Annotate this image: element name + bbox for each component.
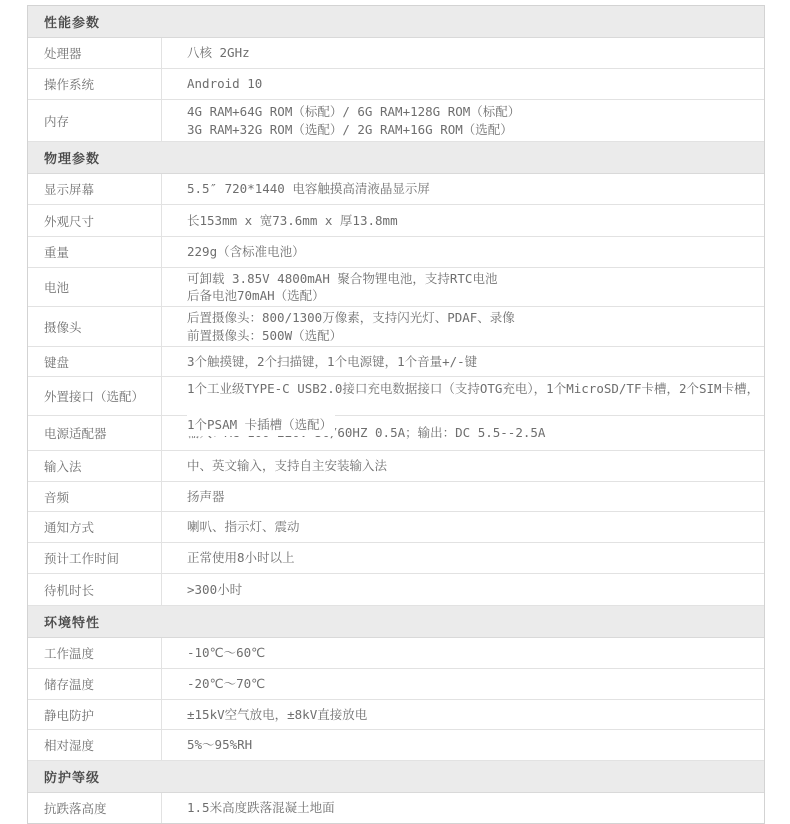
spec-value: 长153mm x 宽73.6mm x 厚13.8mm	[162, 205, 764, 236]
spec-value-line: 长153mm x 宽73.6mm x 厚13.8mm	[187, 212, 764, 230]
section-header: 物理参数	[28, 142, 764, 174]
spec-label: 音频	[28, 482, 162, 511]
spec-value-line: 前置摄像头：500W（选配）	[187, 327, 764, 345]
spec-label: 工作温度	[28, 638, 162, 668]
spec-value-line: -10℃～60℃	[187, 644, 764, 662]
spec-value-line: 可卸载 3.85V 4800mAH 聚合物锂电池，支持RTC电池	[187, 270, 764, 288]
spec-row: 内存4G RAM+64G ROM（标配）/ 6G RAM+128G ROM（标配…	[28, 100, 764, 142]
spec-label: 外置接口（选配）	[28, 377, 162, 415]
spec-row: 工作温度-10℃～60℃	[28, 638, 764, 669]
spec-value: 扬声器	[162, 482, 764, 511]
spec-value: 5%～95%RH	[162, 730, 764, 760]
spec-label: 键盘	[28, 347, 162, 376]
spec-value-line: 后备电池70mAH（选配）	[187, 287, 764, 305]
spec-value: ±15kV空气放电，±8kV直接放电	[162, 700, 764, 729]
spec-value: -20℃～70℃	[162, 669, 764, 699]
spec-value: 1个工业级TYPE-C USB2.0接口充电数据接口（支持OTG充电），1个Mi…	[162, 377, 764, 415]
spec-label: 内存	[28, 100, 162, 141]
spec-value-line: 八核 2GHz	[187, 44, 764, 62]
spec-value-line: 中、英文输入，支持自主安装输入法	[187, 457, 764, 475]
spec-value: Android 10	[162, 69, 764, 99]
spec-label: 抗跌落高度	[28, 793, 162, 823]
spec-label: 操作系统	[28, 69, 162, 99]
spec-row: 电池可卸载 3.85V 4800mAH 聚合物锂电池，支持RTC电池后备电池70…	[28, 268, 764, 307]
spec-row: 储存温度-20℃～70℃	[28, 669, 764, 700]
spec-label: 输入法	[28, 451, 162, 481]
spec-row: 外置接口（选配）1个工业级TYPE-C USB2.0接口充电数据接口（支持OTG…	[28, 377, 764, 416]
spec-value: 中、英文输入，支持自主安装输入法	[162, 451, 764, 481]
spec-value-line: 4G RAM+64G ROM（标配）/ 6G RAM+128G ROM（标配）	[187, 103, 764, 121]
spec-value: -10℃～60℃	[162, 638, 764, 668]
spec-row: 待机时长>300小时	[28, 574, 764, 606]
spec-value-line: >300小时	[187, 581, 764, 599]
spec-value: 5.5″ 720*1440 电容触摸高清液晶显示屏	[162, 174, 764, 204]
spec-label: 处理器	[28, 38, 162, 68]
spec-value-line: 229g（含标准电池）	[187, 243, 764, 261]
spec-row: 显示屏幕5.5″ 720*1440 电容触摸高清液晶显示屏	[28, 174, 764, 205]
spec-value-line: 正常使用8小时以上	[187, 549, 764, 567]
spec-value-line: Android 10	[187, 75, 764, 93]
spec-row: 外观尺寸长153mm x 宽73.6mm x 厚13.8mm	[28, 205, 764, 237]
spec-row: 静电防护±15kV空气放电，±8kV直接放电	[28, 700, 764, 730]
spec-value-overflow-line: 1个PSAM 卡插槽（选配）	[187, 414, 335, 436]
spec-row: 键盘3个触摸键，2个扫描键，1个电源键，1个音量+/-键	[28, 347, 764, 377]
spec-value: >300小时	[162, 574, 764, 605]
spec-label: 重量	[28, 237, 162, 267]
spec-label: 静电防护	[28, 700, 162, 729]
spec-row: 抗跌落高度1.5米高度跌落混凝土地面	[28, 793, 764, 823]
spec-label: 待机时长	[28, 574, 162, 605]
spec-row: 摄像头后置摄像头：800/1300万像素，支持闪光灯、PDAF、录像前置摄像头：…	[28, 307, 764, 347]
spec-value: 229g（含标准电池）	[162, 237, 764, 267]
spec-label: 电源适配器	[28, 416, 162, 450]
spec-value: 1.5米高度跌落混凝土地面	[162, 793, 764, 823]
spec-value-line: 1个工业级TYPE-C USB2.0接口充电数据接口（支持OTG充电），1个Mi…	[187, 380, 764, 398]
spec-label: 显示屏幕	[28, 174, 162, 204]
spec-value-line: 1.5米高度跌落混凝土地面	[187, 799, 764, 817]
spec-label: 储存温度	[28, 669, 162, 699]
spec-value-line: ±15kV空气放电，±8kV直接放电	[187, 706, 764, 724]
spec-row: 相对湿度5%～95%RH	[28, 730, 764, 761]
section-header: 性能参数	[28, 6, 764, 38]
spec-row: 处理器八核 2GHz	[28, 38, 764, 69]
spec-value-line: 3G RAM+32G ROM（选配）/ 2G RAM+16G ROM（选配）	[187, 121, 764, 139]
spec-label: 摄像头	[28, 307, 162, 346]
spec-value: 3个触摸键，2个扫描键，1个电源键，1个音量+/-键	[162, 347, 764, 376]
spec-label: 外观尺寸	[28, 205, 162, 236]
spec-value: 喇叭、指示灯、震动	[162, 512, 764, 542]
specification-table: 性能参数处理器八核 2GHz操作系统Android 10内存4G RAM+64G…	[27, 5, 765, 824]
spec-row: 音频扬声器	[28, 482, 764, 512]
section-header: 防护等级	[28, 761, 764, 793]
spec-value-line: 后置摄像头：800/1300万像素，支持闪光灯、PDAF、录像	[187, 309, 764, 327]
spec-row: 通知方式喇叭、指示灯、震动	[28, 512, 764, 543]
spec-value-line: -20℃～70℃	[187, 675, 764, 693]
spec-value-line: 3个触摸键，2个扫描键，1个电源键，1个音量+/-键	[187, 353, 764, 371]
spec-value-line: 5%～95%RH	[187, 736, 764, 754]
spec-label: 通知方式	[28, 512, 162, 542]
spec-value: 可卸载 3.85V 4800mAH 聚合物锂电池，支持RTC电池后备电池70mA…	[162, 268, 764, 306]
spec-value: 正常使用8小时以上	[162, 543, 764, 573]
spec-value-line: 扬声器	[187, 488, 764, 506]
spec-row: 操作系统Android 10	[28, 69, 764, 100]
spec-value-line: 喇叭、指示灯、震动	[187, 518, 764, 536]
spec-label: 相对湿度	[28, 730, 162, 760]
spec-label: 预计工作时间	[28, 543, 162, 573]
spec-label: 电池	[28, 268, 162, 306]
section-header: 环境特性	[28, 606, 764, 638]
spec-row: 预计工作时间正常使用8小时以上	[28, 543, 764, 574]
spec-value: 4G RAM+64G ROM（标配）/ 6G RAM+128G ROM（标配）3…	[162, 100, 764, 141]
spec-row: 输入法中、英文输入，支持自主安装输入法	[28, 451, 764, 482]
spec-value: 八核 2GHz	[162, 38, 764, 68]
spec-row: 重量229g（含标准电池）	[28, 237, 764, 268]
spec-value-line: 5.5″ 720*1440 电容触摸高清液晶显示屏	[187, 180, 764, 198]
spec-value: 后置摄像头：800/1300万像素，支持闪光灯、PDAF、录像前置摄像头：500…	[162, 307, 764, 346]
spec-row: 电源适配器输入：AC 100-220V 50/60HZ 0.5A；输出：DC 5…	[28, 416, 764, 451]
